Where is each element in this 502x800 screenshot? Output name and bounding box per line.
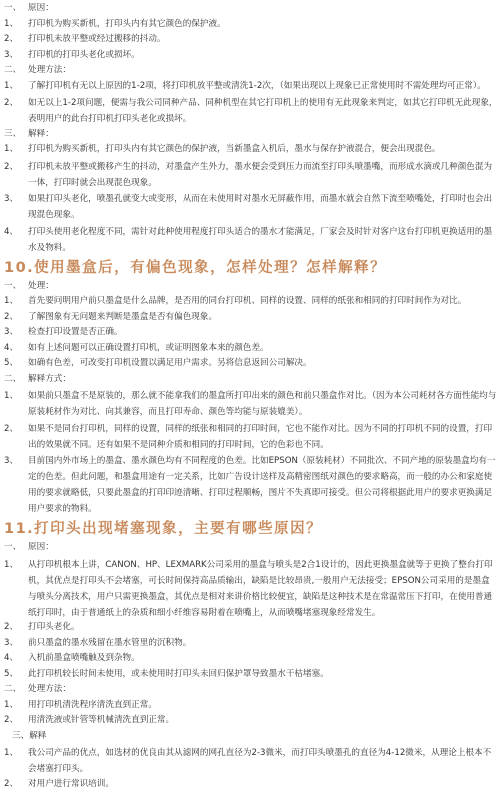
list-item: 4、打印头使用老化程度不同，需针对此种使用程度打印头适合的墨水才能满足，厂家会及… [4, 224, 498, 256]
list-item: 2、如无以上1-2项问题，便需与我公司同种产品、同种机型在其它打印机上的使用有无… [4, 95, 498, 127]
list-item: 2、打印头老化。 [4, 621, 498, 636]
list-item: 2、对用户进行常识培训。 [4, 778, 498, 793]
list-item: 5、此打印机较长时间未使用，或未使用时打印头未回归保护罩导致墨水干枯堵塞。 [4, 668, 498, 683]
list-item: 1、用打印机清洗程序清洗直到正常。 [4, 699, 498, 714]
list-item: 3、打印机的打印头老化或损坏。 [4, 49, 498, 64]
list-item: 4、如有上述问题可以正确设置打印机，或证明图象本来的颜色差。 [4, 342, 498, 357]
section-label: 三、解释： [4, 128, 498, 143]
list-item: 3、检查打印设置是否正确。 [4, 326, 498, 341]
section-label: 一、原因： [4, 2, 498, 17]
document: 一、原因： 1、打印机为购买新机，打印头内有其它颜色的保护液。 2、打印机未放平… [0, 0, 502, 793]
list-item: 1、从打印机根本上讲，CANON、HP、LEXMARK公司采用的墨盒与喷头是2合… [4, 557, 498, 621]
section-label: 二、处理方法： [4, 683, 498, 698]
section-label: 一、原因： [4, 541, 498, 556]
list-item: 1、打印机为购买新机，打印头内有其它颜色的保护液，当新墨盒入机后，墨水与保存护液… [4, 143, 498, 158]
list-item: 1、了解打印机有无以上原因的1-2项，将打印机放平整或清洗1-2次，（如果出现以… [4, 80, 498, 95]
section-label: 一、处理： [4, 280, 498, 295]
list-item: 3、目前国内外市场上的墨盒、墨水颜色均有不同程度的色差。比如EPSON（原装耗材… [4, 453, 498, 517]
list-item: 2、用清洗液或针管等机械清洗直到正常。 [4, 714, 498, 729]
list-item: 1、首先要问明用户前只墨盒是什么品牌，是否用的同台打印机、同样的设置、同样的纸张… [4, 295, 498, 310]
section-10-body: 一、处理： 1、首先要问明用户前只墨盒是什么品牌，是否用的同台打印机、同样的设置… [4, 280, 498, 518]
section-11-heading: 11.打印头出现堵塞现象，主要有哪些原因？ [4, 518, 498, 540]
list-item: 3、前只墨盒的墨水残留在墨水管里的沉积物。 [4, 637, 498, 652]
section-label: 三、解释 [4, 730, 498, 745]
section-10-heading: 10.使用墨盒后，有偏色现象，怎样处理？怎样解释？ [4, 257, 498, 279]
list-item: 3、如果打印头老化，喷墨孔就变大或变形，从而在未使用时对墨水无屏蔽作用，而墨水就… [4, 191, 498, 223]
list-item: 1、打印机为购买新机，打印头内有其它颜色的保护液。 [4, 18, 498, 33]
section-label: 二、处理方法： [4, 64, 498, 79]
section-label: 二、解释方式： [4, 373, 498, 388]
list-item: 2、打印机未放平整或搬移产生的抖动，对墨盒产生外力，墨水便会受到压力而流至打印头… [4, 159, 498, 191]
list-item: 4、入机前墨盒喷嘴触及到杂物。 [4, 652, 498, 667]
list-item: 1、如果前只墨盒不是原装的，那么就不能拿我们的墨盒所打印出来的颜色和前只墨盒作对… [4, 388, 498, 420]
list-item: 2、打印机未放平整或经过搬移的抖动。 [4, 33, 498, 48]
list-item: 1、我公司产品的优点，如选材的优良由其从滤网的网孔直径为2-3微米，而打印头喷墨… [4, 745, 498, 777]
list-item: 2、如果不是同台打印机，同样的设置，同样的纸张和相同的打印时间，它也不能作对比。… [4, 421, 498, 453]
list-item: 5、如确有色差，可改变打印机设置以满足用户需求。另将信息返回公司解决。 [4, 357, 498, 372]
list-item: 2、了解图象有无问题来判断是墨盒是否有偏色现象。 [4, 311, 498, 326]
section-11-body: 一、原因： 1、从打印机根本上讲，CANON、HP、LEXMARK公司采用的墨盒… [4, 541, 498, 793]
section-9-body: 一、原因： 1、打印机为购买新机，打印头内有其它颜色的保护液。 2、打印机未放平… [4, 2, 498, 256]
